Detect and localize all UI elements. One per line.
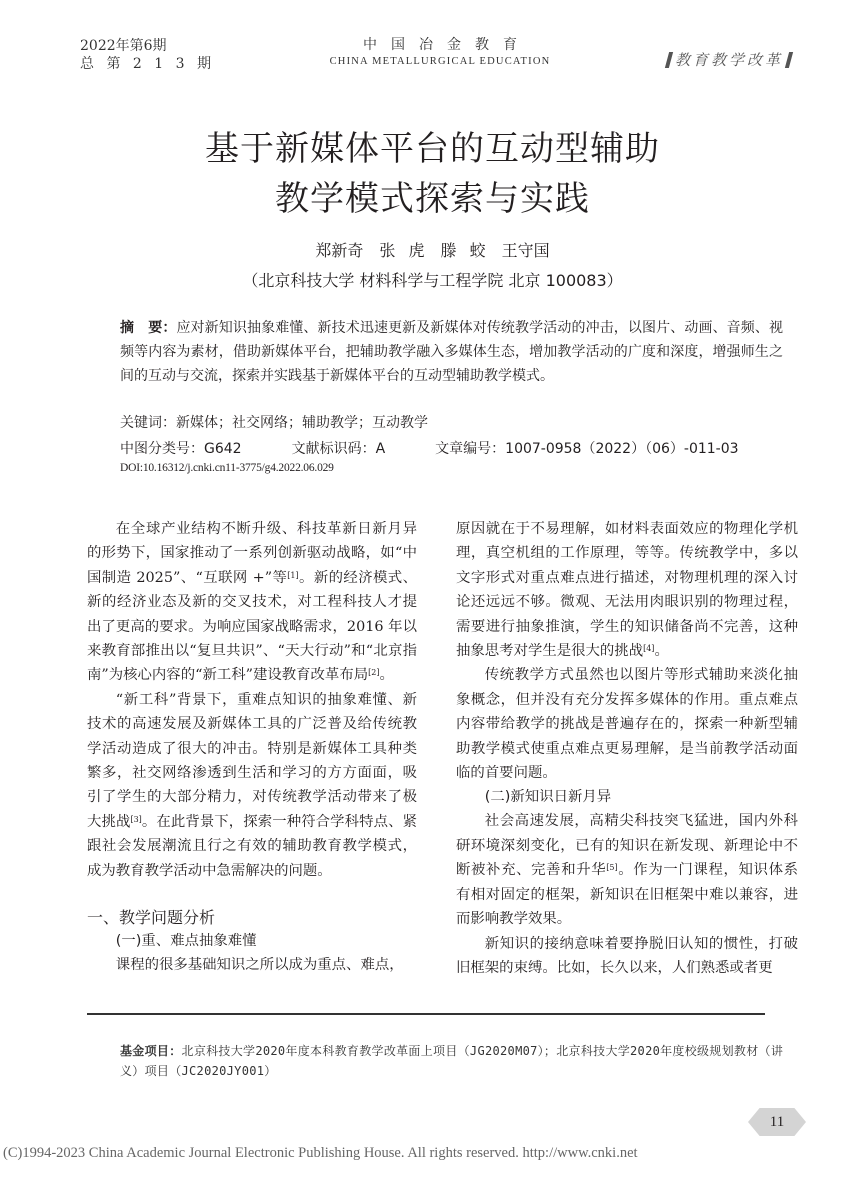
paragraph: 在全球产业结构不断升级、科技革新日新月异的形势下，国家推动了一系列创新驱动战略，… — [87, 517, 417, 688]
citation-ref[interactable]: [1] — [287, 571, 298, 580]
funding-label: 基金项目： — [120, 1044, 182, 1058]
paragraph: 课程的很多基础知识之所以成为重点、难点， — [87, 953, 417, 977]
citation-ref[interactable]: [3] — [130, 815, 141, 824]
paragraph: “新工科”背景下，重难点知识的抽象难懂、新技术的高速发展及新媒体工具的广泛普及给… — [87, 688, 417, 883]
section-name: 教育教学改革 — [675, 49, 783, 70]
doc-code-label: 文献标识码： — [292, 441, 376, 457]
abstract-label: 摘 要： — [120, 320, 176, 336]
abstract: 摘 要：应对新知识抽象难懂、新技术迅速更新及新媒体对传统教学活动的冲击，以图片、… — [120, 316, 783, 388]
keywords: 关键词：新媒体；社交网络；辅助教学；互动教学 — [120, 412, 800, 432]
paragraph: 传统教学方式虽然也以图片等形式辅助来淡化抽象概念，但并没有充分发挥多媒体的作用。… — [456, 663, 798, 785]
funding-text: 北京科技大学2020年度本科教育教学改革面上项目（JG2020M07）；北京科技… — [120, 1044, 783, 1078]
journal-name: 中国冶金教育 CHINA METALLURGICAL EDUCATION — [300, 36, 580, 70]
title-line-1: 基于新媒体平台的互动型辅助 — [0, 124, 865, 174]
clc-value: G642 — [204, 441, 242, 457]
copyright-footer: (C)1994-2023 China Academic Journal Elec… — [3, 1145, 638, 1162]
subsection-heading: (一)重、难点抽象难懂 — [87, 929, 417, 953]
doc-code-value: A — [376, 441, 386, 457]
issue-info: 2022年第6期 总 第 2 1 3 期 — [80, 37, 215, 73]
citation-ref[interactable]: [4] — [643, 644, 654, 653]
body-column-right: 原因就在于不易理解，如材料表面效应的物理化学机理，真空机组的工作原理，等等。传统… — [456, 517, 798, 980]
keywords-label: 关键词： — [120, 415, 176, 431]
body-column-left: 在全球产业结构不断升级、科技革新日新月异的形势下，国家推动了一系列创新驱动战略，… — [87, 517, 417, 978]
keywords-text: 新媒体；社交网络；辅助教学；互动教学 — [176, 415, 428, 431]
paragraph: 原因就在于不易理解，如材料表面效应的物理化学机理，真空机组的工作原理，等等。传统… — [456, 517, 798, 663]
affiliation: （北京科技大学 材料科学与工程学院 北京 100083） — [0, 268, 865, 291]
section-heading: 一、教学问题分析 — [87, 907, 417, 929]
citation-ref[interactable]: [5] — [606, 863, 617, 872]
journal-name-cn: 中国冶金教育 — [300, 36, 580, 54]
funding-note: 基金项目：北京科技大学2020年度本科教育教学改革面上项目（JG2020M07）… — [120, 1041, 800, 1081]
paragraph: 社会高速发展，高精尖科技突飞猛进，国内外科研环境深刻变化，已有的知识在新发现、新… — [456, 809, 798, 931]
section-label: 教育教学改革 — [663, 49, 795, 70]
total-issue-number: 总 第 2 1 3 期 — [80, 55, 215, 73]
authors: 郑新奇 张 虎 滕 蛟 王守国 — [0, 238, 865, 261]
journal-name-en: CHINA METALLURGICAL EDUCATION — [300, 54, 580, 70]
footnote-divider — [87, 1013, 765, 1015]
title-line-2: 教学模式探索与实践 — [0, 174, 865, 224]
bar-decoration-icon — [785, 52, 793, 68]
citation-ref[interactable]: [2] — [368, 668, 379, 677]
doi[interactable]: DOI:10.16312/j.cnki.cn11-3775/g4.2022.06… — [120, 462, 334, 474]
abstract-text: 应对新知识抽象难懂、新技术迅速更新及新媒体对传统教学活动的冲击，以图片、动画、音… — [120, 320, 783, 384]
article-no-value: 1007-0958（2022）（06）-011-03 — [505, 441, 738, 457]
issue-number: 2022年第6期 — [80, 37, 215, 55]
article-no-label: 文章编号： — [435, 441, 505, 457]
article-title: 基于新媒体平台的互动型辅助 教学模式探索与实践 — [0, 124, 865, 224]
bar-decoration-icon — [665, 52, 673, 68]
clc-label: 中图分类号： — [120, 441, 204, 457]
page-number-badge: 11 — [748, 1108, 806, 1136]
subsection-heading: (二)新知识日新月异 — [456, 785, 798, 809]
paragraph: 新知识的接纳意味着要挣脱旧认知的惯性，打破旧框架的束缚。比如，长久以来，人们熟悉… — [456, 932, 798, 981]
classification-line: 中图分类号：G642文献标识码：A文章编号：1007-0958（2022）（06… — [120, 438, 800, 458]
